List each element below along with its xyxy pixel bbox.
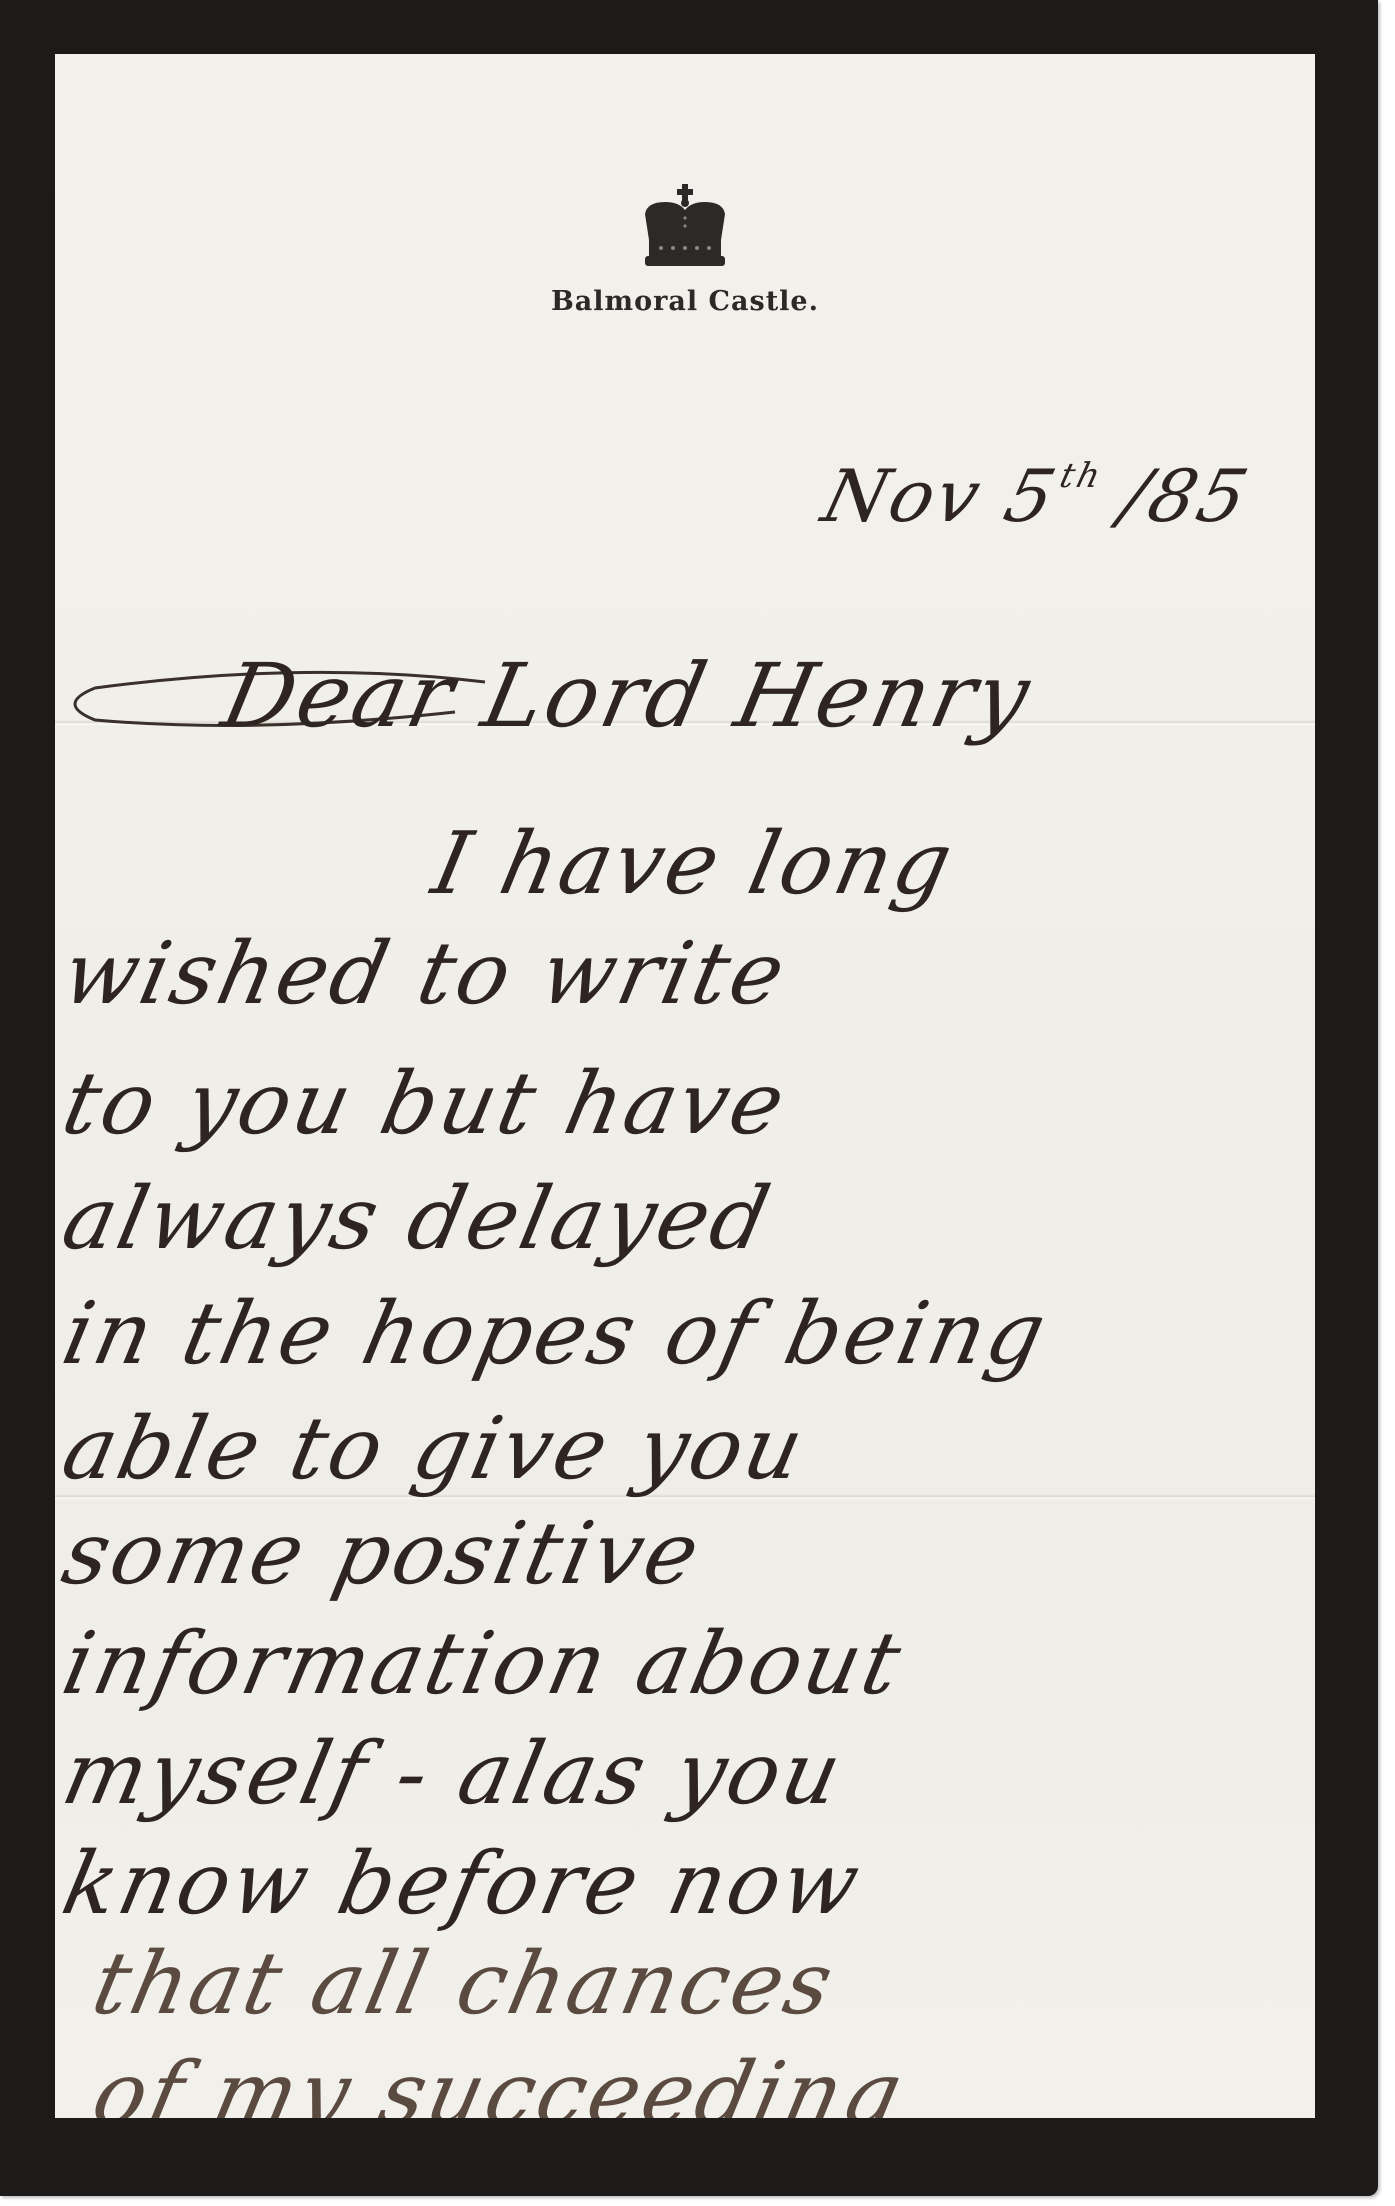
letter-line: able to give you [55, 1399, 814, 1499]
letter-line: know before now [55, 1834, 871, 1934]
letterhead: Balmoral Castle. [55, 184, 1315, 317]
letterhead-address: Balmoral Castle. [55, 286, 1315, 317]
letter-line: always delayed [55, 1169, 781, 1269]
letter-line: some positive [55, 1504, 710, 1604]
crown-icon [639, 184, 731, 268]
letter-line: of my succeeding [84, 2044, 912, 2118]
letter-paper: Balmoral Castle. Nov 5th /85 Dear Lord H… [55, 54, 1315, 2118]
date-day-suffix: th [1056, 456, 1108, 496]
letter-line: that all chances [84, 1934, 843, 2034]
letter-line: to you but have [55, 1054, 796, 1154]
letter-line: wished to write [55, 924, 796, 1024]
letter-line: in the hopes of being [55, 1284, 1056, 1384]
date-day: 5 [996, 454, 1066, 538]
letter-salutation: Dear Lord Henry [214, 644, 1041, 747]
letter-date: Nov 5th /85 [815, 454, 1259, 538]
date-year: 85 [1140, 454, 1259, 538]
letter-line: I have long [424, 814, 963, 914]
letter-line: information about [55, 1614, 912, 1714]
letter-line: myself - alas you [55, 1724, 852, 1824]
date-month: Nov [815, 454, 992, 538]
